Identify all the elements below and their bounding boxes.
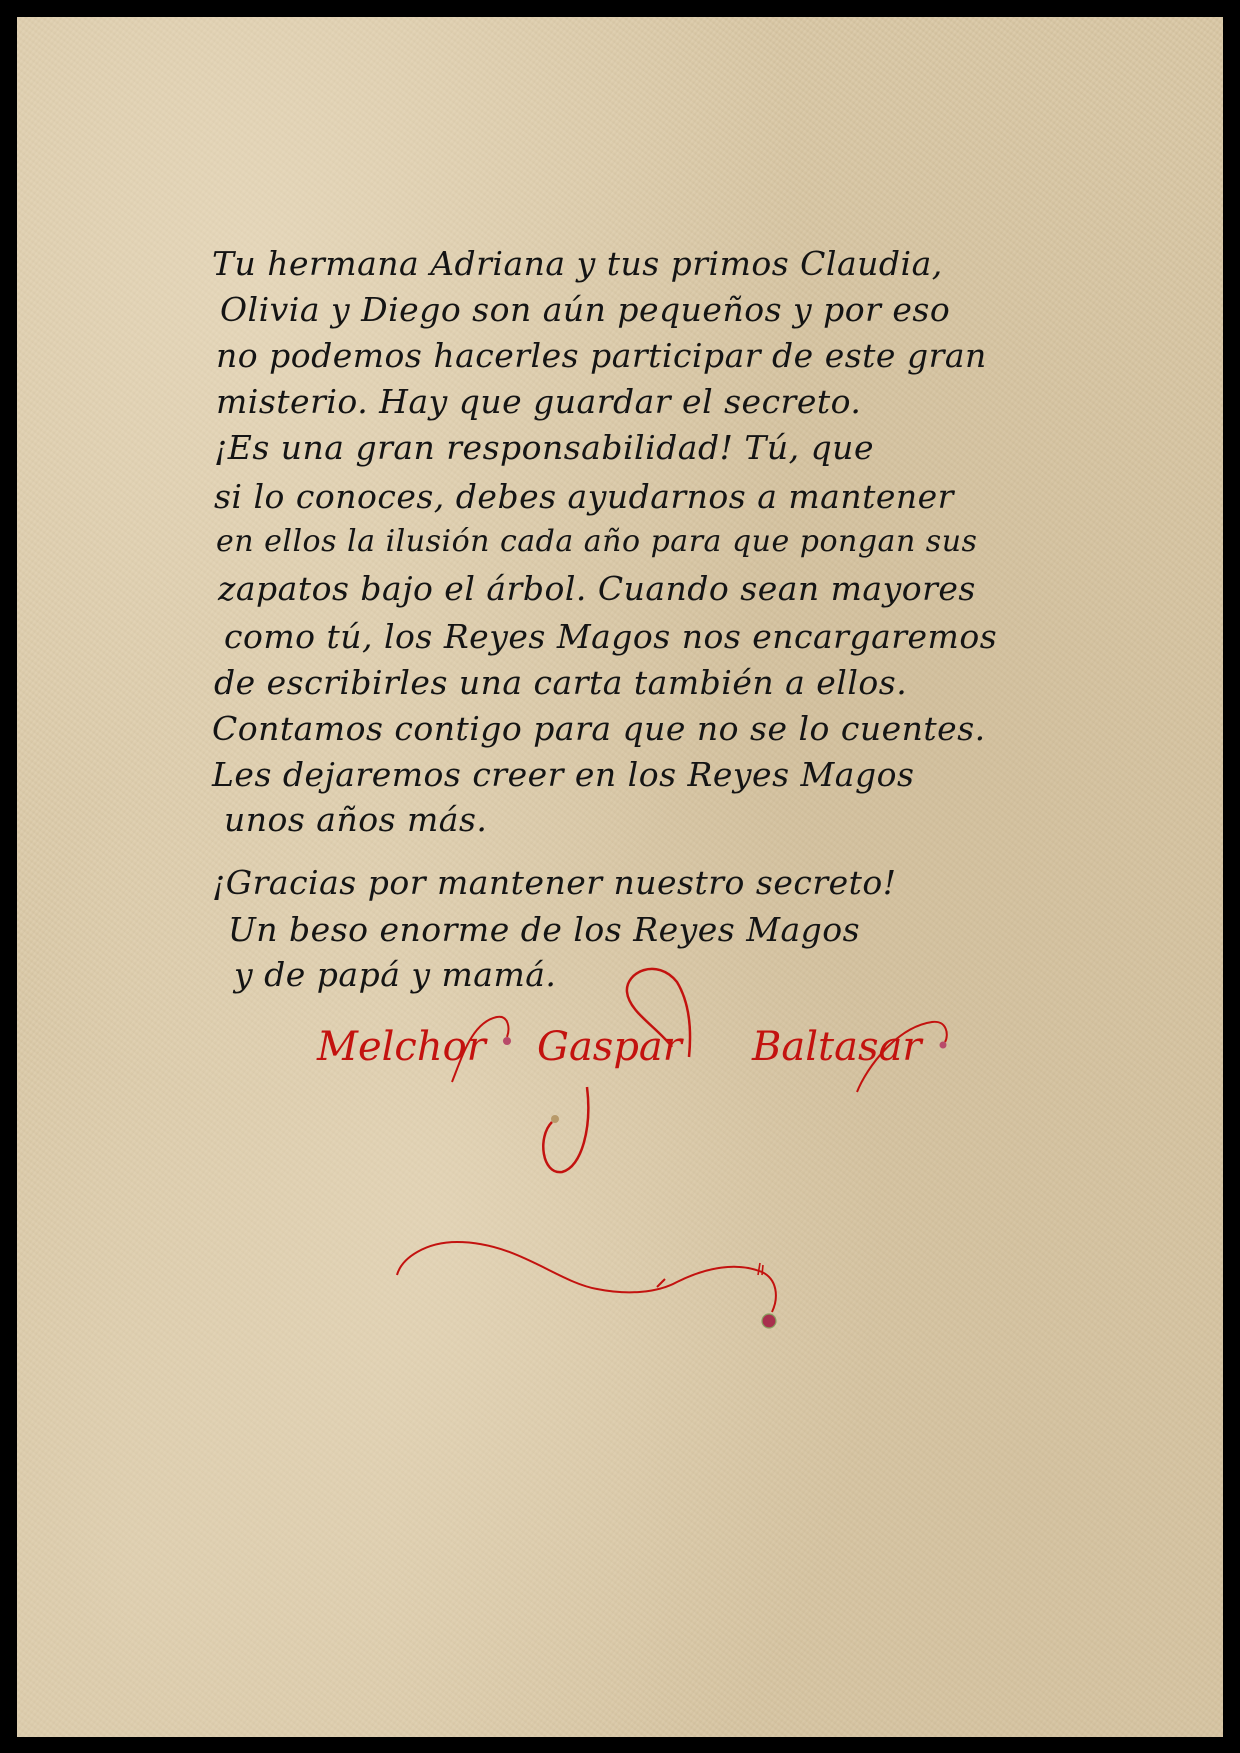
jewel-icon [551, 1115, 559, 1123]
body-line: misterio. Hay que guardar el secreto. [216, 385, 861, 418]
body-line: zapatos bajo el árbol. Cuando sean mayor… [218, 572, 976, 605]
signature-baltasar: Baltasar [752, 1027, 921, 1067]
body-line: no podemos hacerles participar de este g… [216, 339, 987, 372]
body-line: Les dejaremos creer en los Reyes Magos [212, 758, 914, 791]
signature-melchor: Melchor [317, 1027, 486, 1067]
jewel-icon [940, 1042, 947, 1049]
closing-line: Un beso enorme de los Reyes Magos [228, 913, 860, 946]
body-line: como tú, los Reyes Magos nos encargaremo… [224, 620, 997, 653]
body-line: Olivia y Diego son aún pequeños y por es… [220, 293, 950, 326]
body-line: ¡Es una gran responsabilidad! Tú, que [214, 431, 874, 464]
body-line: si lo conoces, debes ayudarnos a mantene… [214, 480, 954, 513]
jewel-icon [503, 1037, 511, 1045]
body-line: en ellos la ilusión cada año para que po… [216, 527, 977, 557]
body-line: Tu hermana Adriana y tus primos Claudia, [212, 247, 943, 280]
letter-paper: Tu hermana Adriana y tus primos Claudia,… [17, 17, 1223, 1737]
signature-gaspar: Gaspar [537, 1027, 682, 1067]
body-line: de escribirles una carta también a ellos… [214, 666, 907, 699]
body-line: Contamos contigo para que no se lo cuent… [212, 712, 986, 745]
jewel-icon [762, 1314, 776, 1328]
closing-line: ¡Gracias por mantener nuestro secreto! [212, 866, 897, 899]
body-line: unos años más. [224, 803, 487, 836]
closing-line: y de papá y mamá. [234, 958, 556, 991]
